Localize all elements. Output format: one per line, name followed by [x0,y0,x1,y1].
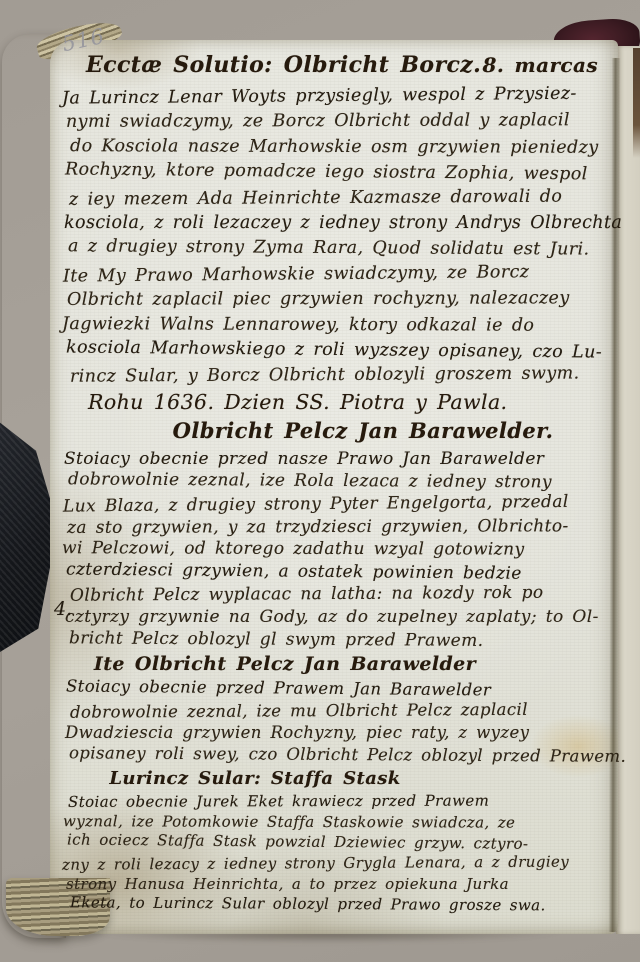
manuscript-line: cztyrzy grzywnie na Gody, az do zupelney… [65,606,608,629]
manuscript-line: Eketa, to Lurincz Sular oblozyl przed Pr… [70,892,608,916]
manuscript-line: Rochyzny, ktore pomadcze iego siostra Zo… [65,158,608,189]
manuscript-line: strony Hanusa Heinrichta, a to przez opi… [66,874,608,895]
manuscript-line: zny z roli lezacy z iedney strony Grygla… [62,851,608,875]
manuscript-line: Olbricht zaplacil piec grzywien rochyzny… [67,286,608,313]
manuscript-line: Olbricht Pelcz wyplacac na latha: na koz… [70,582,608,608]
manuscript-line: Ja Lurincz Lenar Woyts przysiegly, wespo… [62,81,608,112]
manuscript-line: bricht Pelcz oblozyl gl swym przed Prawe… [69,627,608,653]
entry-heading: Olbricht Pelcz Jan Barawelder. [62,417,608,445]
manuscript-line: wi Pelczowi, od ktorego zadathu wzyal go… [62,537,608,561]
manuscript-line: Lux Blaza, z drugiey strony Pyter Engelg… [63,490,608,518]
right-cover-sliver [633,48,640,158]
manuscript-line: z iey mezem Ada Heinrichte Kazmasze daro… [69,184,608,213]
dateline: Rohu 1636. Dzien SS. Piotra y Pawla. [88,389,608,416]
margin-note: 4. [54,598,72,620]
manuscript-line: kosciola, z roli lezaczey z iedney stron… [64,211,608,236]
entry-heading: Lurincz Sular: Staffa Stask [62,767,608,790]
entry-heading: Ecctæ Solutio: Olbricht Borcz.8. marcas [62,50,608,80]
manuscript-line: Jagwiezki Walns Lennarowey, ktory odkaza… [62,312,608,339]
manuscript-line: za sto grzywien, y za trzydziesci grzywi… [67,515,608,539]
manuscript-line: opisaney roli swey, czo Olbricht Pelcz o… [69,743,608,768]
entry: Ite Olbricht Pelcz Jan BarawelderStoiacy… [62,652,608,766]
manuscript-line: Stoiacy obecnie przed nasze Prawo Jan Ba… [64,448,608,471]
entry-heading-text: Lurincz Sular: Staffa Stask [109,768,400,789]
entry-heading: Ite Olbricht Pelcz Jan Barawelder [62,652,608,677]
entry-heading-text: Ecctæ Solutio: Olbricht Borcz. [86,50,481,80]
entry-date-note: 8. marcas [483,50,599,80]
manuscript-text: Ecctæ Solutio: Olbricht Borcz.8. marcasJ… [62,50,608,915]
manuscript-line: dobrowolnie zeznal, ize mu Olbricht Pelc… [70,699,608,724]
manuscript-line: Ite My Prawo Marhowskie swiadczymy, ze B… [63,259,608,290]
entry: Lurincz Sular: Staffa StaskStoiac obecni… [62,767,608,915]
manuscript-line: rincz Sular, y Borcz Olbricht oblozyli g… [70,362,608,391]
book-shadow [28,932,624,946]
entry-heading-text: Ite Olbricht Pelcz Jan Barawelder [94,653,476,675]
manuscript-line: do Kosciola nasze Marhowskie osm grzywie… [70,134,608,161]
entry: Ecctæ Solutio: Olbricht Borcz.8. marcasJ… [62,50,608,416]
manuscript-line: Dwadziescia grzywien Rochyzny, piec raty… [65,722,608,744]
entry: Olbricht Pelcz Jan Barawelder.Stoiacy ob… [62,417,608,651]
manuscript-line: Stoiac obecnie Jurek Eket krawiecz przed… [68,790,608,812]
manuscript-line: nymi swiadczymy, ze Borcz Olbricht oddal… [66,109,608,136]
entry-heading-text: Olbricht Pelcz Jan Barawelder. [173,418,554,443]
photo-of-manuscript: 516 Ecctæ Solutio: Olbricht Borcz.8. mar… [0,0,640,962]
